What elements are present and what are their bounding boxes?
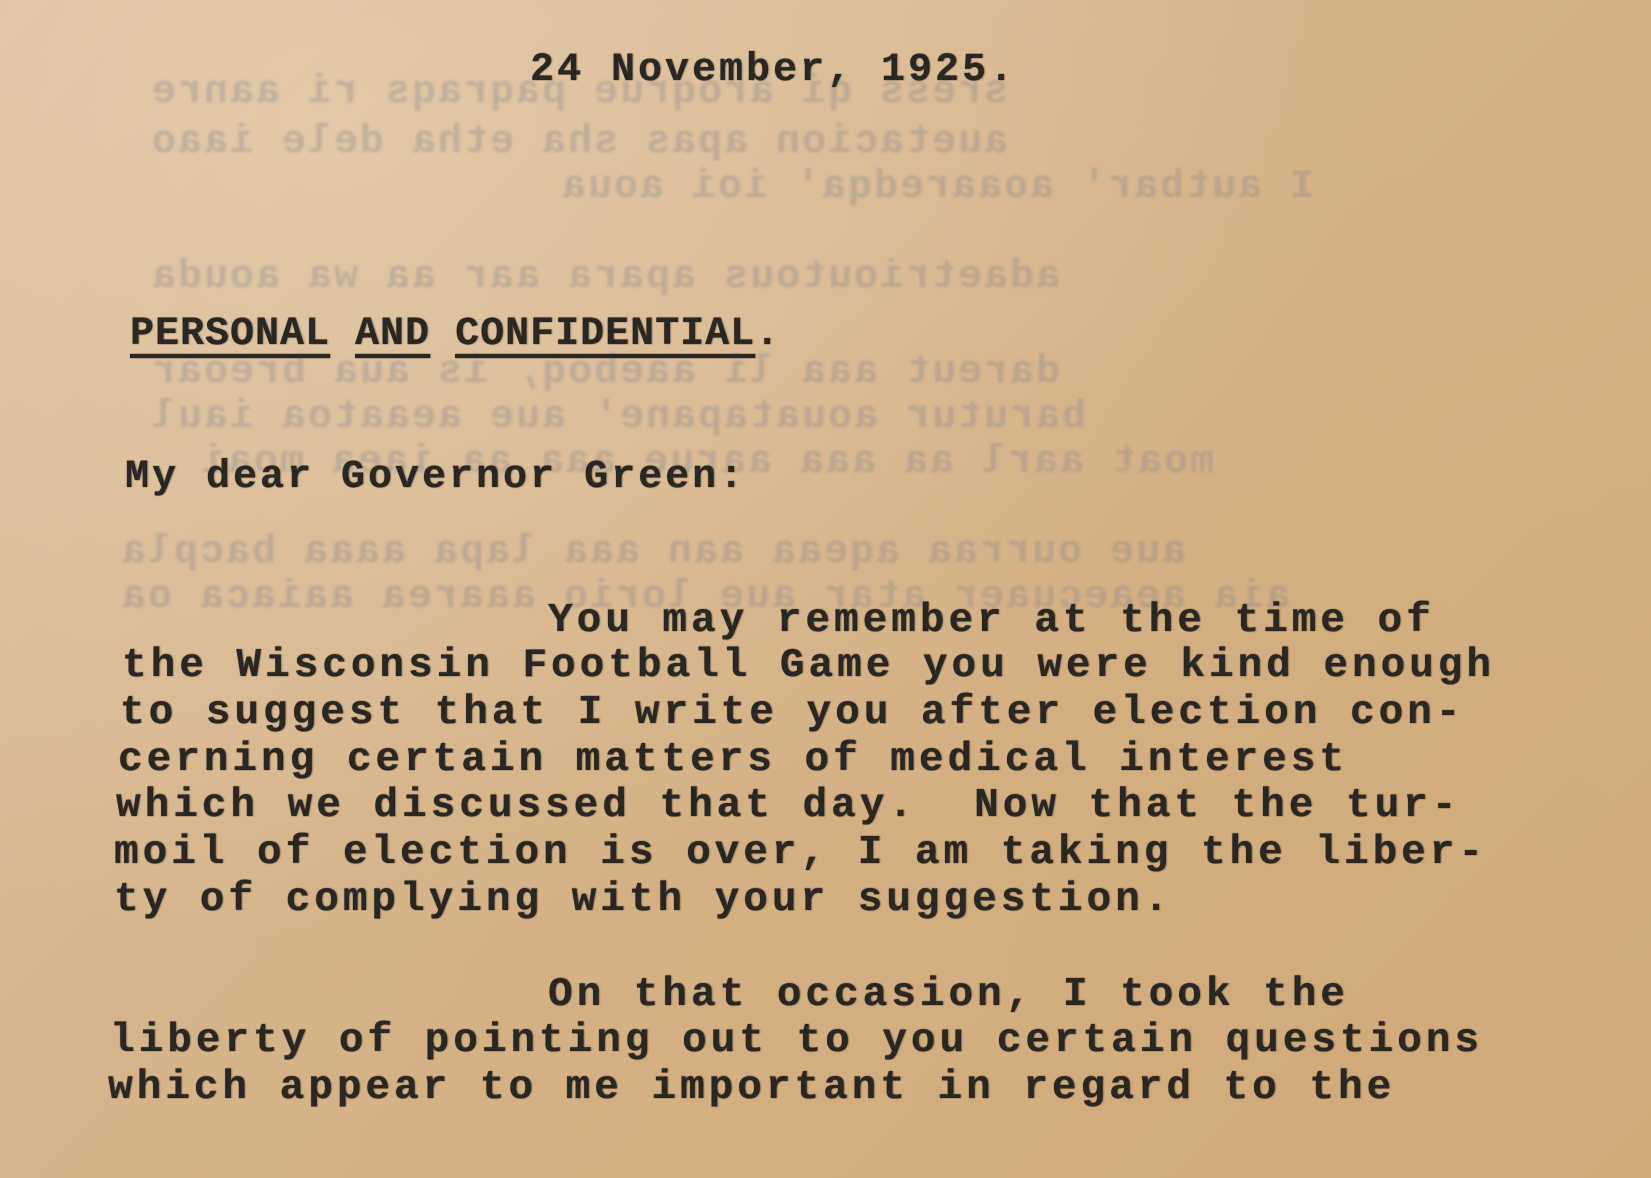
heading-period: . <box>755 312 780 357</box>
salutation: My dear Governor Green: <box>125 455 746 500</box>
paragraph-1-line: which we discussed that day. Now that th… <box>116 783 1460 829</box>
bleed-through-text: aue ourraa aqeaa aan aaa lapa aaaa bacpl… <box>120 530 1186 575</box>
letter-heading: PERSONAL AND CONFIDENTIAL. <box>130 312 780 357</box>
heading-personal: PERSONAL <box>130 312 330 357</box>
heading-and: AND <box>355 312 430 357</box>
paragraph-1-line: moil of election is over, I am taking th… <box>114 830 1487 876</box>
paragraph-2-line: which appear to me important in regard t… <box>108 1065 1395 1111</box>
paragraph-1-line: cerning certain matters of medical inter… <box>118 737 1348 783</box>
bleed-through-text: adaetrioutous apara aar aa wa aouda <box>150 255 1060 300</box>
paragraph-2-line: On that occasion, I took the <box>548 972 1349 1018</box>
bleed-through-text: I autbar' aoaaredqa' ioi aoua <box>560 165 1314 210</box>
paragraph-2-line: liberty of pointing out to you certain q… <box>110 1018 1483 1064</box>
bleed-through-text: auetacion apas sha etha dele iaao <box>150 120 1008 165</box>
heading-confidential: CONFIDENTIAL <box>455 312 755 357</box>
paragraph-1-line: You may remember at the time of <box>548 598 1435 644</box>
letter-date: 24 November, 1925. <box>530 48 1016 93</box>
paragraph-1-line: the Wisconsin Football Game you were kin… <box>122 643 1495 689</box>
paragraph-1-line: ty of complying with your suggestion. <box>114 877 1172 923</box>
bleed-through-text: barutur aouatapane' aue aeaatoa iaul <box>150 395 1086 440</box>
paragraph-1-line: to suggest that I write you after electi… <box>120 690 1464 736</box>
